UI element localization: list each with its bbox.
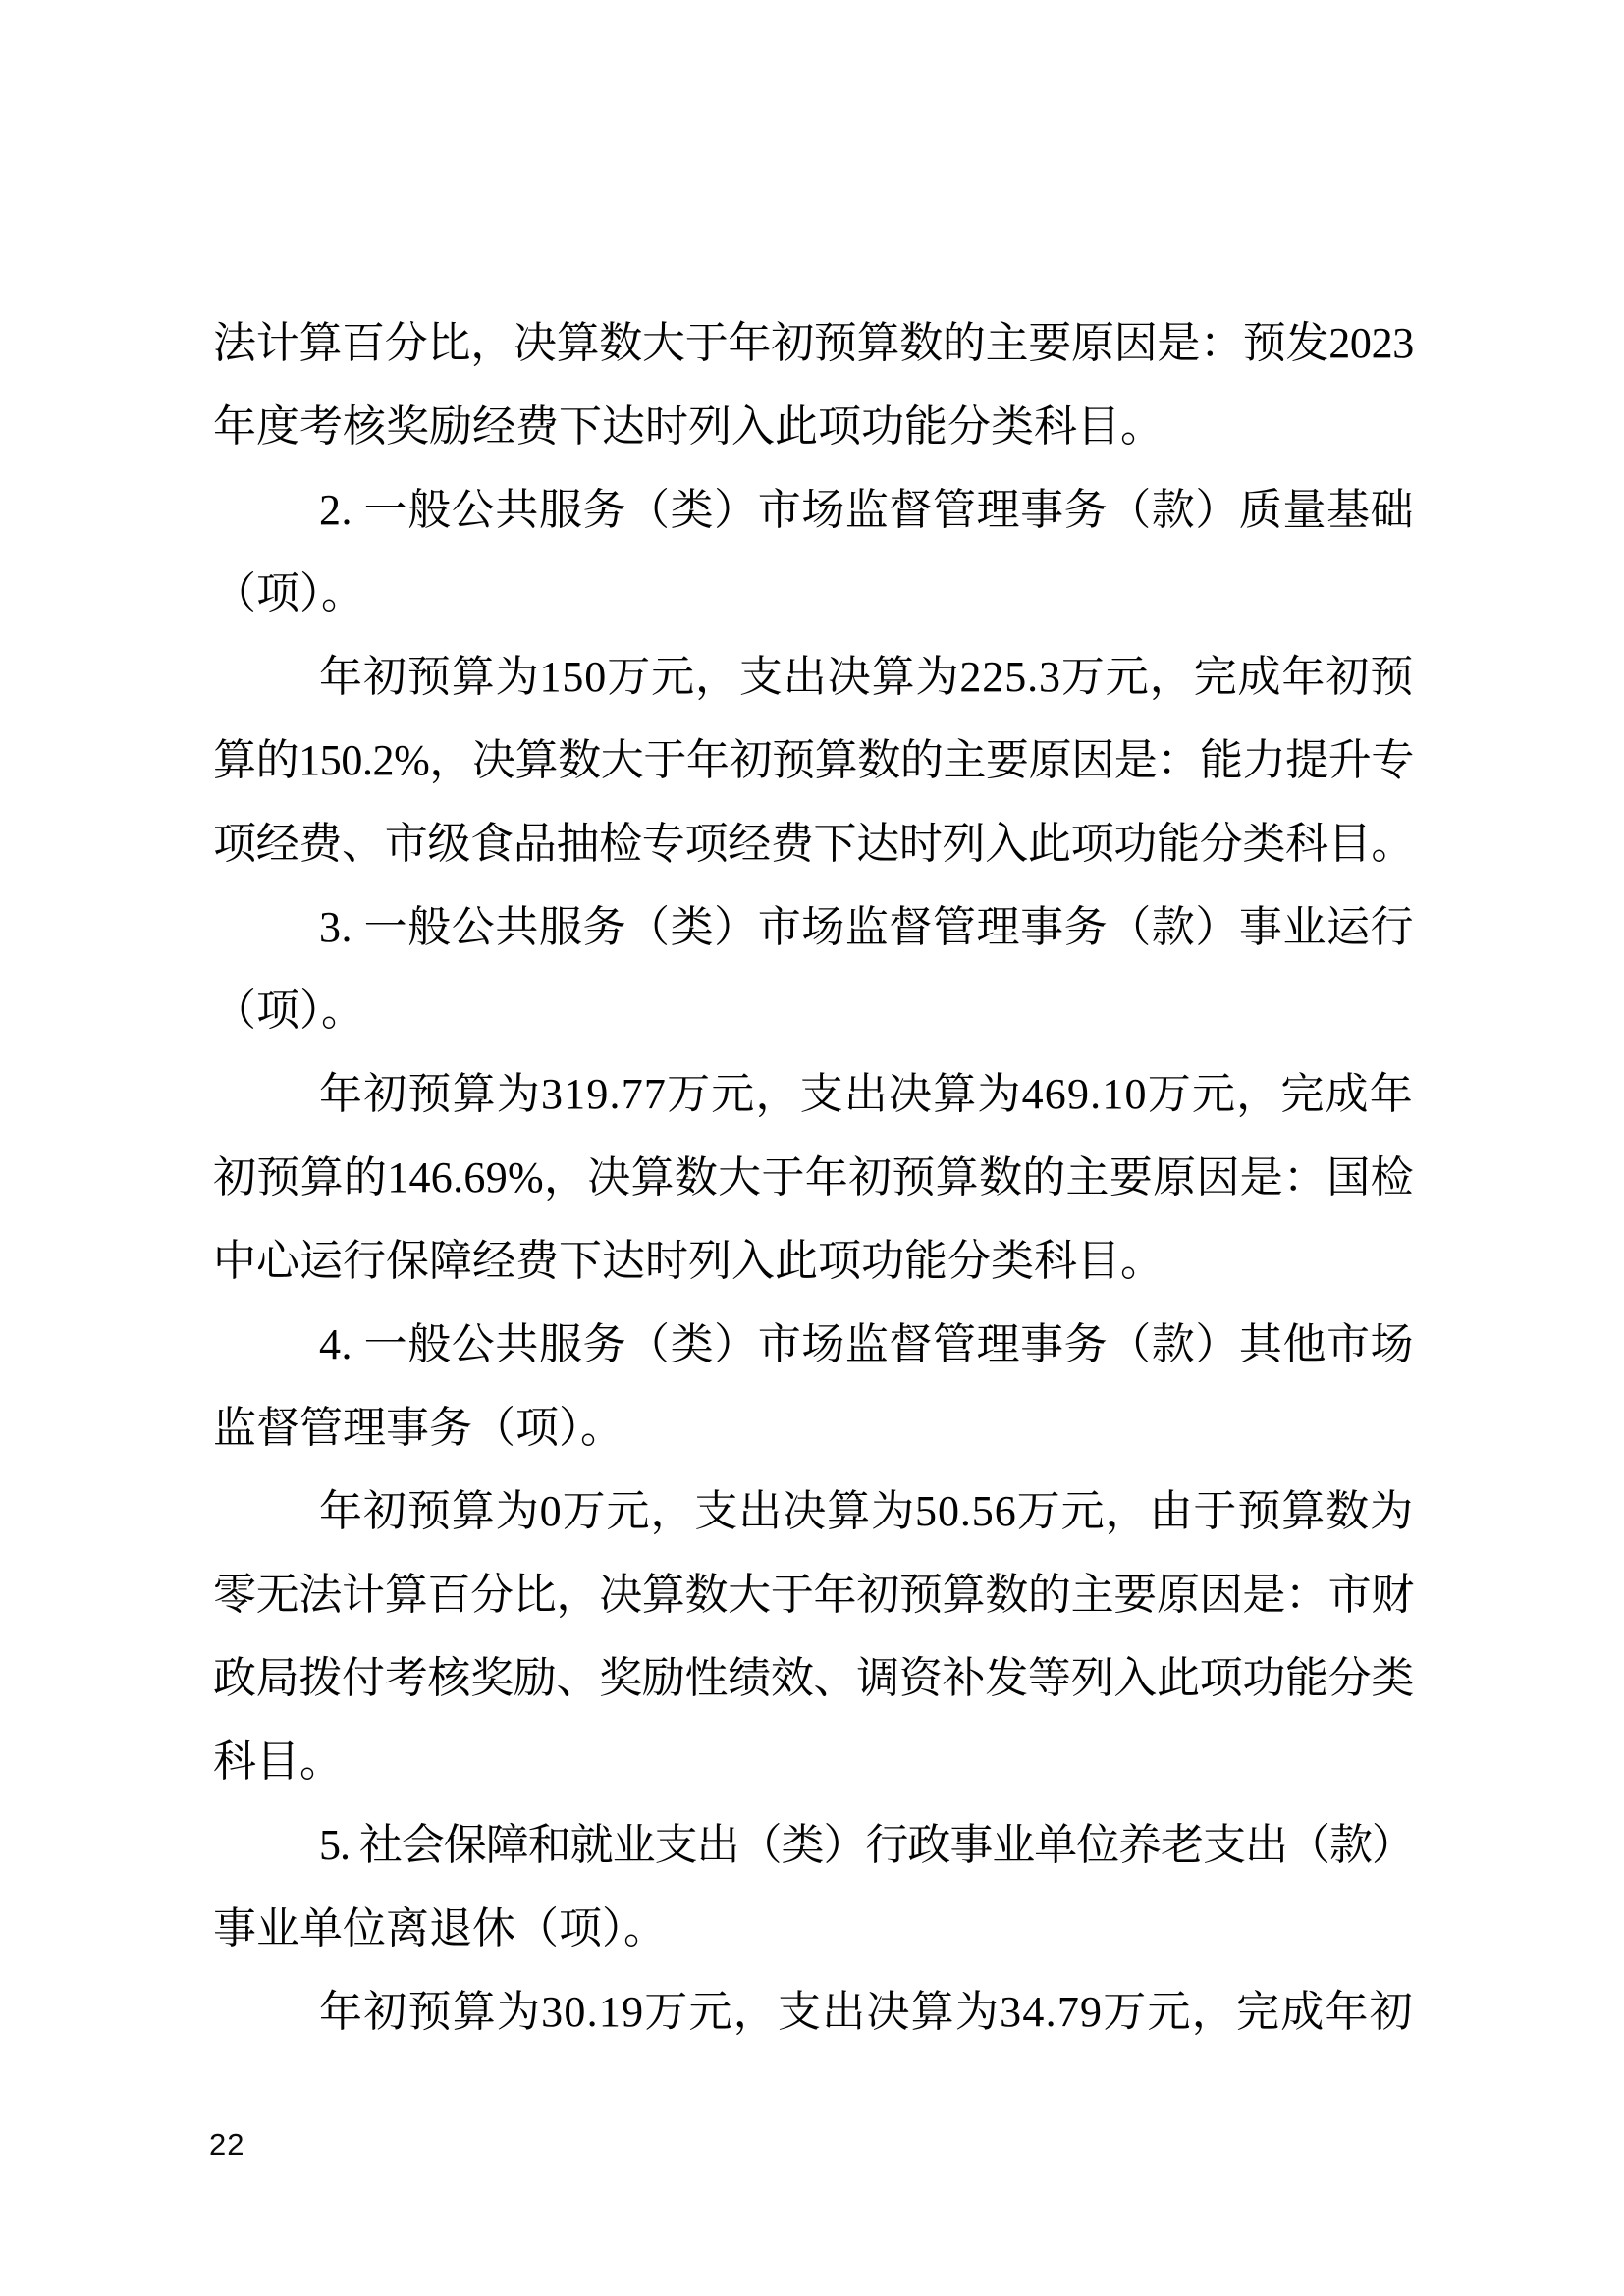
- line-text: （项）。: [213, 969, 364, 1052]
- page-number: 22: [209, 2127, 244, 2162]
- text-line: 年初预算为319.77万元，支出决算为469.10万元，完成年: [213, 1052, 1414, 1136]
- text-line: 3. 一般公共服务（类）市场监督管理事务（款）事业运行: [213, 885, 1414, 969]
- text-line: 4. 一般公共服务（类）市场监督管理事务（款）其他市场: [213, 1303, 1414, 1386]
- text-line: 2. 一般公共服务（类）市场监督管理事务（款）质量基础: [213, 468, 1414, 552]
- text-line: 政局拨付考核奖励、奖励性绩效、调资补发等列入此项功能分类: [213, 1636, 1414, 1720]
- line-text: 算的150.2%，决算数大于年初预算数的主要原因是：能力提升专: [213, 719, 1414, 802]
- text-line: 法计算百分比，决算数大于年初预算数的主要原因是：预发2023: [213, 301, 1414, 385]
- page-footer: 22: [209, 2122, 244, 2167]
- text-line: 年初预算为0万元，支出决算为50.56万元，由于预算数为: [213, 1469, 1414, 1553]
- text-line: 事业单位离退休（项）。: [213, 1887, 1414, 1970]
- line-text: 年初预算为30.19万元，支出决算为34.79万元，完成年初: [319, 1970, 1414, 2054]
- text-line: 年初预算为30.19万元，支出决算为34.79万元，完成年初: [213, 1970, 1414, 2054]
- line-text: 5. 社会保障和就业支出（类）行政事业单位养老支出（款）: [319, 1803, 1414, 1887]
- line-text: 年度考核奖励经费下达时列入此项功能分类科目。: [213, 385, 1164, 468]
- text-line: 中心运行保障经费下达时列入此项功能分类科目。: [213, 1219, 1414, 1303]
- document-body: 法计算百分比，决算数大于年初预算数的主要原因是：预发2023年度考核奖励经费下达…: [213, 301, 1414, 2054]
- line-text: 年初预算为319.77万元，支出决算为469.10万元，完成年: [319, 1052, 1414, 1136]
- line-text: 零无法计算百分比，决算数大于年初预算数的主要原因是：市财: [213, 1553, 1414, 1636]
- line-text: 年初预算为150万元，支出决算为225.3万元，完成年初预: [319, 635, 1414, 719]
- line-text: 政局拨付考核奖励、奖励性绩效、调资补发等列入此项功能分类: [213, 1636, 1414, 1720]
- line-text: 监督管理事务（项）。: [213, 1386, 623, 1469]
- line-text: 项经费、市级食品抽检专项经费下达时列入此项功能分类科目。: [213, 802, 1414, 885]
- text-line: 项经费、市级食品抽检专项经费下达时列入此项功能分类科目。: [213, 802, 1414, 885]
- text-line: 年初预算为150万元，支出决算为225.3万元，完成年初预: [213, 635, 1414, 719]
- text-line: （项）。: [213, 969, 1414, 1052]
- line-text: 事业单位离退休（项）。: [213, 1887, 667, 1970]
- text-line: 5. 社会保障和就业支出（类）行政事业单位养老支出（款）: [213, 1803, 1414, 1887]
- line-text: 中心运行保障经费下达时列入此项功能分类科目。: [213, 1219, 1164, 1303]
- line-text: 法计算百分比，决算数大于年初预算数的主要原因是：预发2023: [213, 301, 1414, 385]
- line-text: 年初预算为0万元，支出决算为50.56万元，由于预算数为: [319, 1469, 1414, 1553]
- document-page: 法计算百分比，决算数大于年初预算数的主要原因是：预发2023年度考核奖励经费下达…: [0, 0, 1624, 2296]
- line-text: 初预算的146.69%，决算数大于年初预算数的主要原因是：国检: [213, 1136, 1414, 1219]
- line-text: 4. 一般公共服务（类）市场监督管理事务（款）其他市场: [319, 1303, 1414, 1386]
- text-line: （项）。: [213, 552, 1414, 635]
- text-line: 监督管理事务（项）。: [213, 1386, 1414, 1469]
- line-text: 3. 一般公共服务（类）市场监督管理事务（款）事业运行: [319, 885, 1414, 969]
- text-line: 初预算的146.69%，决算数大于年初预算数的主要原因是：国检: [213, 1136, 1414, 1219]
- text-line: 年度考核奖励经费下达时列入此项功能分类科目。: [213, 385, 1414, 468]
- line-text: 2. 一般公共服务（类）市场监督管理事务（款）质量基础: [319, 468, 1414, 552]
- line-text: （项）。: [213, 552, 364, 635]
- text-line: 零无法计算百分比，决算数大于年初预算数的主要原因是：市财: [213, 1553, 1414, 1636]
- text-line: 科目。: [213, 1720, 1414, 1803]
- line-text: 科目。: [213, 1720, 343, 1803]
- text-line: 算的150.2%，决算数大于年初预算数的主要原因是：能力提升专: [213, 719, 1414, 802]
